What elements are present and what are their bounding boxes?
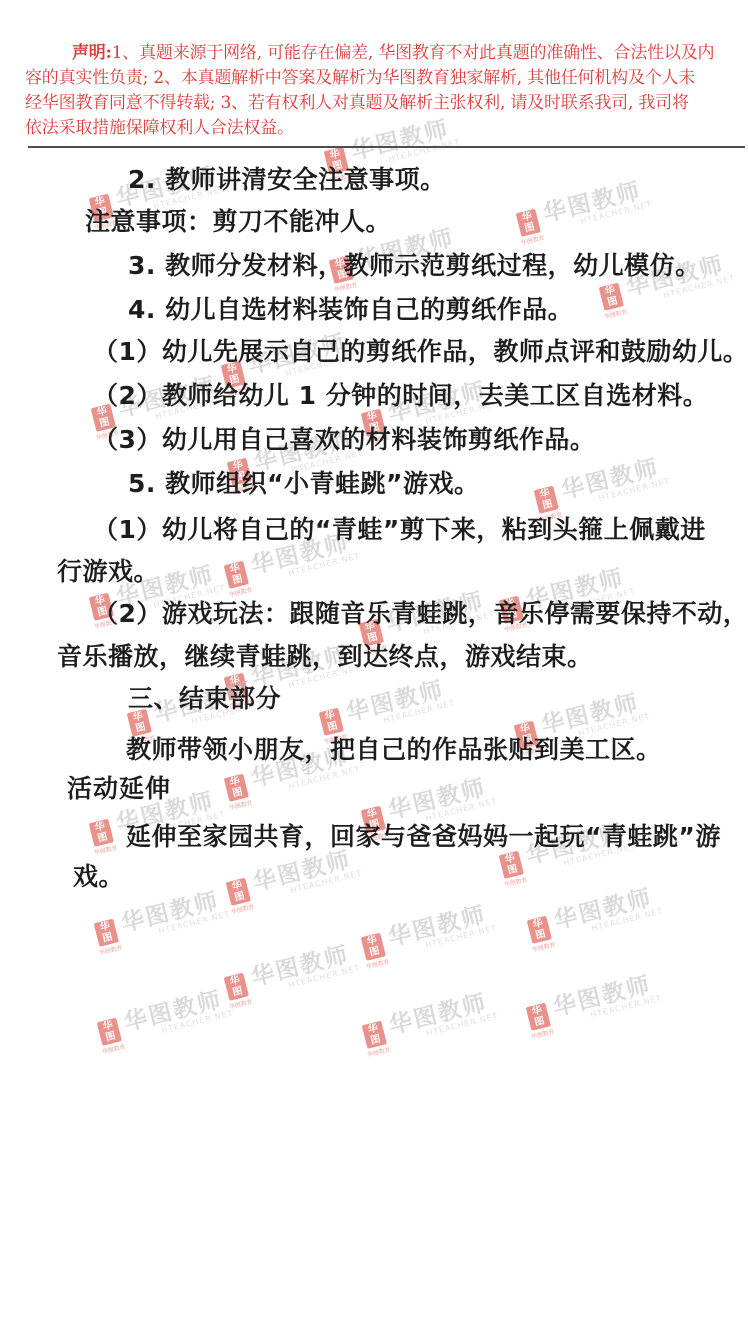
disclaimer-prefix: 声明: [72, 43, 112, 63]
separator-line [28, 146, 745, 148]
body-line: （2）教师给幼儿 1 分钟的时间，去美工区自选材料。 [93, 381, 708, 411]
body-line: （1）幼儿将自己的“青蛙”剪下来，粘到头箍上佩戴进 [93, 515, 706, 545]
body-line: 5. 教师组织“小青蛙跳”游戏。 [128, 469, 479, 499]
body-line: 行游戏。 [57, 557, 159, 587]
body-text-layer: 2. 教师讲清安全注意事项。注意事项：剪刀不能冲人。3. 教师分发材料，教师示范… [0, 0, 748, 1335]
body-line: 戏。 [73, 862, 124, 892]
body-line: 3. 教师分发材料，教师示范剪纸过程，幼儿模仿。 [128, 251, 701, 281]
body-line: （2）游戏玩法：跟随音乐青蛙跳，音乐停需要保持不动， [93, 599, 748, 629]
body-line: 教师带领小朋友，把自己的作品张贴到美工区。 [126, 735, 662, 765]
body-line: 三、结束部分 [128, 684, 281, 714]
section-heading: 活动延伸 [67, 774, 171, 804]
document-page: 华图华图教育华图教师HTEACHER.NET华图华图教育华图教师HTEACHER… [0, 0, 748, 1335]
disclaimer-line: 声明:1、真题来源于网络, 可能存在偏差, 华图教育不对此真题的准确性、合法性以… [72, 42, 714, 64]
body-line: （1）幼儿先展示自己的剪纸作品，教师点评和鼓励幼儿。 [93, 337, 748, 367]
body-line: 注意事项：剪刀不能冲人。 [85, 207, 391, 237]
disclaimer-line: 依法采取措施保障权利人合法权益。 [25, 117, 294, 139]
body-line: （3）幼儿用自己喜欢的材料装饰剪纸作品。 [93, 425, 595, 455]
body-line: 音乐播放，继续青蛙跳，到达终点，游戏结束。 [57, 642, 593, 672]
body-line: 延伸至家园共育，回家与爸爸妈妈一起玩“青蛙跳”游 [126, 822, 721, 852]
body-line: 2. 教师讲清安全注意事项。 [128, 165, 446, 195]
body-line: 4. 幼儿自选材料装饰自己的剪纸作品。 [128, 295, 573, 325]
disclaimer-line: 容的真实性负责; 2、本真题解析中答案及解析为华图教育独家解析, 其他任何机构及… [25, 67, 695, 89]
disclaimer-line: 经华图教育同意不得转载; 3、若有权利人对真题及解析主张权利, 请及时联系我司,… [25, 92, 689, 114]
